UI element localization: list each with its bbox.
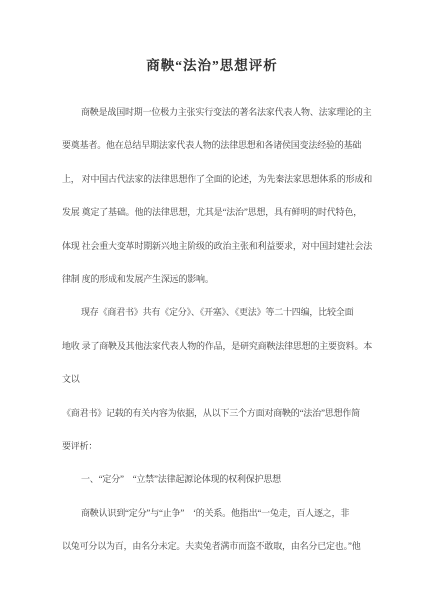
text-line: 要奠基者。他在总结早期法家代表人物的法律思想和各诸侯国变法经验的基础 bbox=[62, 129, 374, 162]
document-title: 商鞅“法治”思想评析 bbox=[0, 0, 424, 74]
text-line: 商鞅认识到“定分”与“止争” ‘的关系。他指出“一兔走，百人逐之，非 bbox=[62, 497, 374, 530]
text-line: 体现 社会重大变革时期新兴地主阶级的政治主张和利益要求，对中国封建社会法 bbox=[62, 230, 374, 263]
text-line: 商鞅是战国时期一位极力主张实行变法的著名法家代表人物、法家理论的主 bbox=[62, 96, 374, 129]
text-line: 以兔可分以为百，由名分未定。夫卖兔者满市而盗不敢取，由名分已定也。”他 bbox=[62, 530, 374, 563]
document-body: 商鞅是战国时期一位极力主张实行变法的著名法家代表人物、法家理论的主要奠基者。他在… bbox=[62, 96, 374, 563]
text-line: 文以 bbox=[62, 363, 374, 396]
text-line: 律制 度的形成和发展产生深远的影响。 bbox=[62, 263, 374, 296]
text-line: 发展 奠定了基础。他的法律思想，尤其是“法治”思想，具有鲜明的时代特色， bbox=[62, 196, 374, 229]
text-line: 一、“定分” “立禁”法律起源论体现的权利保护思想 bbox=[62, 463, 374, 496]
text-line: 上， 对中国古代法家的法律思想作了全面的论述，为先秦法家思想体系的形成和 bbox=[62, 163, 374, 196]
text-line: 现存《商君书》共有《定分》、《开塞》、《更法》等二十四编，比较全面 bbox=[62, 296, 374, 329]
text-line: 《商君书》记载的有关内容为依据，从以下三个方面对商鞅的“法治”思想作简 bbox=[62, 397, 374, 430]
text-line: 要评析： bbox=[62, 430, 374, 463]
text-line: 地收 录了商鞅及其他法家代表人物的作品，是研究商鞅法律思想的主要资料。本 bbox=[62, 330, 374, 363]
document-page: 商鞅“法治”思想评析 商鞅是战国时期一位极力主张实行变法的著名法家代表人物、法家… bbox=[0, 0, 424, 600]
